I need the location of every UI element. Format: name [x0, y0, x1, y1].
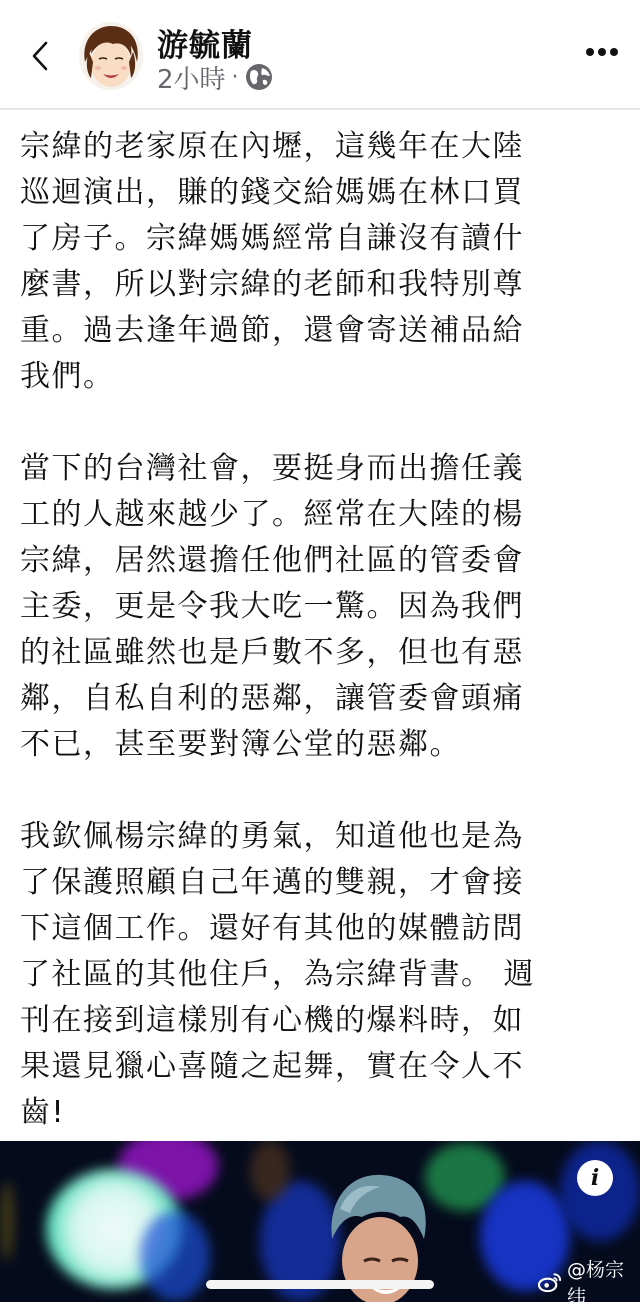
text-line: 巡迴演出，賺的錢交給媽媽在林口買 [20, 170, 624, 216]
text-line: 了保護照顧自己年邁的雙親，才會接 [20, 860, 624, 906]
avatar[interactable] [79, 22, 143, 90]
text-line: 不已，甚至要對簿公堂的惡鄰。 [20, 722, 624, 768]
text-line: 刊在接到這樣別有心機的爆料時，如 [20, 998, 624, 1044]
post-timestamp[interactable]: 2小時 [157, 59, 226, 96]
text-line: 了社區的其他住戶，為宗緯背書。 週 [20, 952, 624, 998]
more-horizontal-icon [610, 48, 618, 56]
text-line: 工的人越來越少了。經常在大陸的楊 [20, 492, 624, 538]
text-line: 宗緯，居然還擔任他們社區的管委會 [20, 538, 624, 584]
weibo-icon [538, 1271, 563, 1293]
text-line: 下這個工作。還好有其他的媒體訪問 [20, 906, 624, 952]
text-line: 齒! [20, 1090, 624, 1136]
text-line: 主委，更是令我大吃一驚。因為我們 [20, 584, 624, 630]
globe-icon [245, 63, 273, 91]
bokeh-light [250, 1141, 290, 1201]
chevron-left-icon [31, 40, 49, 72]
bokeh-light [140, 1211, 210, 1301]
weibo-watermark: @杨宗纬 [538, 1270, 640, 1294]
post-header: 游毓蘭 2小時 · [0, 0, 640, 110]
text-line: 當下的台灣社會，要挺身而出擔任義 [20, 446, 624, 492]
more-options-button[interactable] [580, 38, 624, 66]
bokeh-light [0, 1181, 14, 1261]
post-paragraph: 當下的台灣社會，要挺身而出擔任義 工的人越來越少了。經常在大陸的楊 宗緯，居然還… [20, 446, 624, 768]
watermark-text: @杨宗纬 [567, 1255, 640, 1302]
text-line: 果還見獵心喜隨之起舞，實在令人不 [20, 1044, 624, 1090]
more-horizontal-icon [598, 48, 606, 56]
text-line: 重。過去逢年過節，還會寄送補品給 [20, 308, 624, 354]
post-paragraph: 宗緯的老家原在內壢，這幾年在大陸 巡迴演出，賺的錢交給媽媽在林口買 了房子。宗緯… [20, 124, 624, 400]
text-line: 宗緯的老家原在內壢，這幾年在大陸 [20, 124, 624, 170]
post-paragraph: 我欽佩楊宗緯的勇氣，知道他也是為 了保護照顧自己年邁的雙親，才會接 下這個工作。… [20, 814, 624, 1136]
text-line: 我欽佩楊宗緯的勇氣，知道他也是為 [20, 814, 624, 860]
text-line: 鄰，自私自利的惡鄰，讓管委會頭痛 [20, 676, 624, 722]
meta-separator: · [232, 65, 239, 90]
info-button[interactable]: i [577, 1160, 613, 1196]
text-line: 我們。 [20, 354, 624, 400]
post-text: 宗緯的老家原在內壢，這幾年在大陸 巡迴演出，賺的錢交給媽媽在林口買 了房子。宗緯… [20, 124, 624, 1182]
home-indicator[interactable] [206, 1280, 434, 1289]
back-button[interactable] [24, 36, 56, 76]
post-meta: 2小時 · [157, 60, 273, 94]
more-horizontal-icon [586, 48, 594, 56]
text-line: 的社區雖然也是戶數不多，但也有惡 [20, 630, 624, 676]
text-line: 麼書，所以對宗緯的老師和我特別尊 [20, 262, 624, 308]
text-line: 了房子。宗緯媽媽經常自謙沒有讀什 [20, 216, 624, 262]
avatar-cartoon-face-icon [79, 22, 143, 90]
